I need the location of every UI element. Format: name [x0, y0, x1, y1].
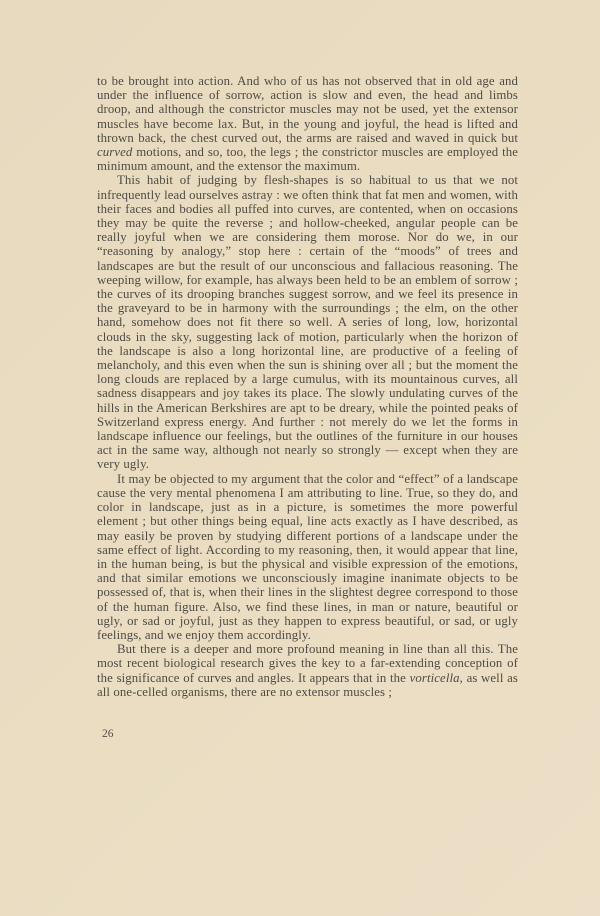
paragraph-3: It may be objected to my argument that t… [97, 472, 518, 642]
text-run: It may be objected to my argument that t… [97, 472, 518, 642]
italic-text-run: curved [97, 145, 132, 159]
text-run: motions, and so, too, the legs ; the con… [97, 145, 518, 173]
page-text: to be brought into action. And who of us… [97, 74, 518, 699]
italic-text-run: vorticella [410, 671, 460, 685]
text-run: to be brought into action. And who of us… [97, 74, 518, 145]
paragraph-4: But there is a deeper and more profound … [97, 642, 518, 699]
page-number: 26 [102, 728, 114, 740]
paragraph-1: to be brought into action. And who of us… [97, 74, 518, 173]
text-run: This habit of judging by flesh-shapes is… [97, 173, 518, 471]
paragraph-2: This habit of judging by flesh-shapes is… [97, 173, 518, 471]
book-page-scan: to be brought into action. And who of us… [0, 0, 600, 916]
